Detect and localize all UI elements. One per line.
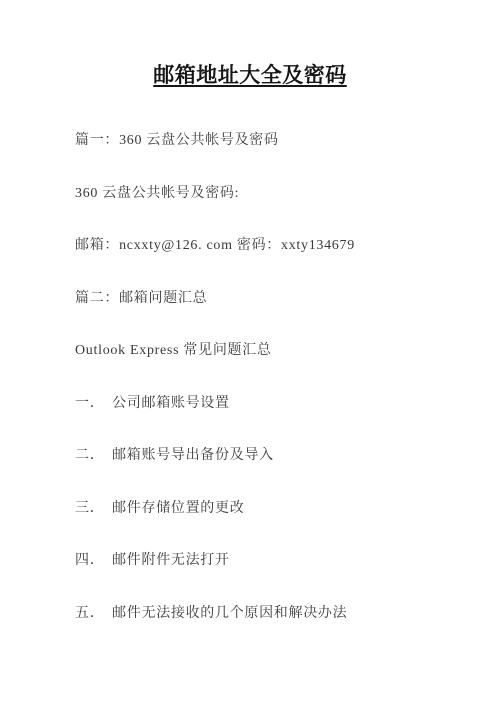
doc-line: 一． 公司邮箱账号设置	[75, 394, 460, 413]
doc-line: 篇二：邮箱问题汇总	[75, 289, 460, 308]
doc-line: 四． 邮件附件无法打开	[75, 551, 460, 570]
doc-line: 篇一：360 云盘公共帐号及密码	[75, 131, 460, 150]
doc-line: 360 云盘公共帐号及密码:	[75, 184, 460, 203]
doc-line: 邮箱：ncxxty@126. com 密码：xxty134679	[75, 236, 460, 255]
document-page: 邮箱地址大全及密码 篇一：360 云盘公共帐号及密码 360 云盘公共帐号及密码…	[0, 0, 500, 708]
page-title: 邮箱地址大全及密码	[0, 0, 500, 90]
document-body: 篇一：360 云盘公共帐号及密码 360 云盘公共帐号及密码: 邮箱：ncxxt…	[0, 131, 500, 623]
doc-line: 三． 邮件存储位置的更改	[75, 499, 460, 518]
doc-line: 五． 邮件无法接收的几个原因和解决办法	[75, 604, 460, 623]
doc-line: Outlook Express 常见问题汇总	[75, 341, 460, 360]
page-title-text: 邮箱地址大全及密码	[153, 63, 347, 87]
doc-line: 二． 邮箱账号导出备份及导入	[75, 446, 460, 465]
